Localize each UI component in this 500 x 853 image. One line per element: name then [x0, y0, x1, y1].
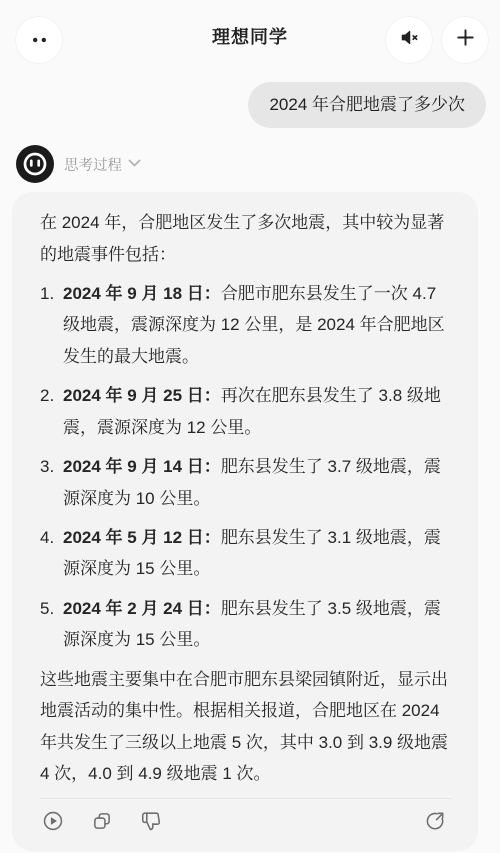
speaker-muted-icon: [398, 26, 421, 54]
event-date: 2024 年 9 月 25 日：: [63, 386, 221, 405]
list-item: 1.2024 年 9 月 18 日：合肥市肥东县发生了一次 4.7 级地震，震源…: [40, 278, 452, 372]
app-screen: 理想同学 2024 年合肥地震了多少次: [0, 0, 500, 853]
answer-intro: 在 2024 年，合肥地区发生了多次地震，其中较为显著的地震事件包括：: [40, 207, 452, 270]
read-aloud-button[interactable]: [42, 810, 64, 832]
earthquake-list: 1.2024 年 9 月 18 日：合肥市肥东县发生了一次 4.7 级地震，震源…: [40, 278, 452, 656]
assistant-meta-row: 思考过程: [0, 128, 500, 192]
answer-summary: 这些地震主要集中在合肥市肥东县梁园镇附近，显示出地震活动的集中性。根据相关报道，…: [40, 664, 452, 790]
user-message-row: 2024 年合肥地震了多少次: [0, 72, 500, 128]
copy-icon: [91, 810, 113, 832]
more-menu-button[interactable]: [16, 17, 62, 63]
header-actions: [386, 17, 488, 63]
header: 理想同学: [0, 0, 500, 72]
list-item: 4.2024 年 5 月 12 日：肥东县发生了 3.1 级地震，震源深度为 1…: [40, 522, 452, 585]
copy-button[interactable]: [91, 810, 113, 832]
thinking-process-toggle[interactable]: 思考过程: [64, 154, 141, 175]
list-item-number: 5.: [40, 593, 54, 624]
list-item: 5.2024 年 2 月 24 日：肥东县发生了 3.5 级地震，震源深度为 1…: [40, 593, 452, 656]
list-item-number: 4.: [40, 522, 54, 553]
event-date: 2024 年 5 月 12 日：: [63, 528, 221, 547]
regenerate-icon: [424, 810, 446, 832]
event-date: 2024 年 2 月 24 日：: [63, 599, 221, 618]
user-message-bubble: 2024 年合肥地震了多少次: [248, 82, 486, 128]
thumbs-down-icon: [140, 810, 162, 832]
chevron-down-icon: [128, 156, 141, 172]
list-item: 2.2024 年 9 月 25 日：再次在肥东县发生了 3.8 级地震，震源深度…: [40, 380, 452, 443]
answer-toolbar: [40, 799, 452, 842]
list-item-number: 3.: [40, 451, 54, 482]
new-chat-button[interactable]: [442, 17, 488, 63]
list-item-number: 2.: [40, 380, 54, 411]
event-date: 2024 年 9 月 18 日：: [63, 284, 221, 303]
list-item-number: 1.: [40, 278, 54, 309]
assistant-answer-card: 在 2024 年，合肥地区发生了多次地震，其中较为显著的地震事件包括： 1.20…: [12, 192, 478, 850]
regenerate-button[interactable]: [424, 810, 446, 832]
mute-button[interactable]: [386, 17, 432, 63]
assistant-avatar-icon: [16, 145, 54, 183]
dislike-button[interactable]: [140, 810, 162, 832]
plus-icon: [454, 26, 477, 54]
list-item: 3.2024 年 9 月 14 日：肥东县发生了 3.7 级地震，震源深度为 1…: [40, 451, 452, 514]
event-date: 2024 年 9 月 14 日：: [63, 457, 221, 476]
more-menu-icon: [31, 31, 48, 49]
play-circle-icon: [42, 810, 64, 832]
thinking-process-label: 思考过程: [64, 154, 122, 175]
page-title: 理想同学: [212, 23, 288, 49]
